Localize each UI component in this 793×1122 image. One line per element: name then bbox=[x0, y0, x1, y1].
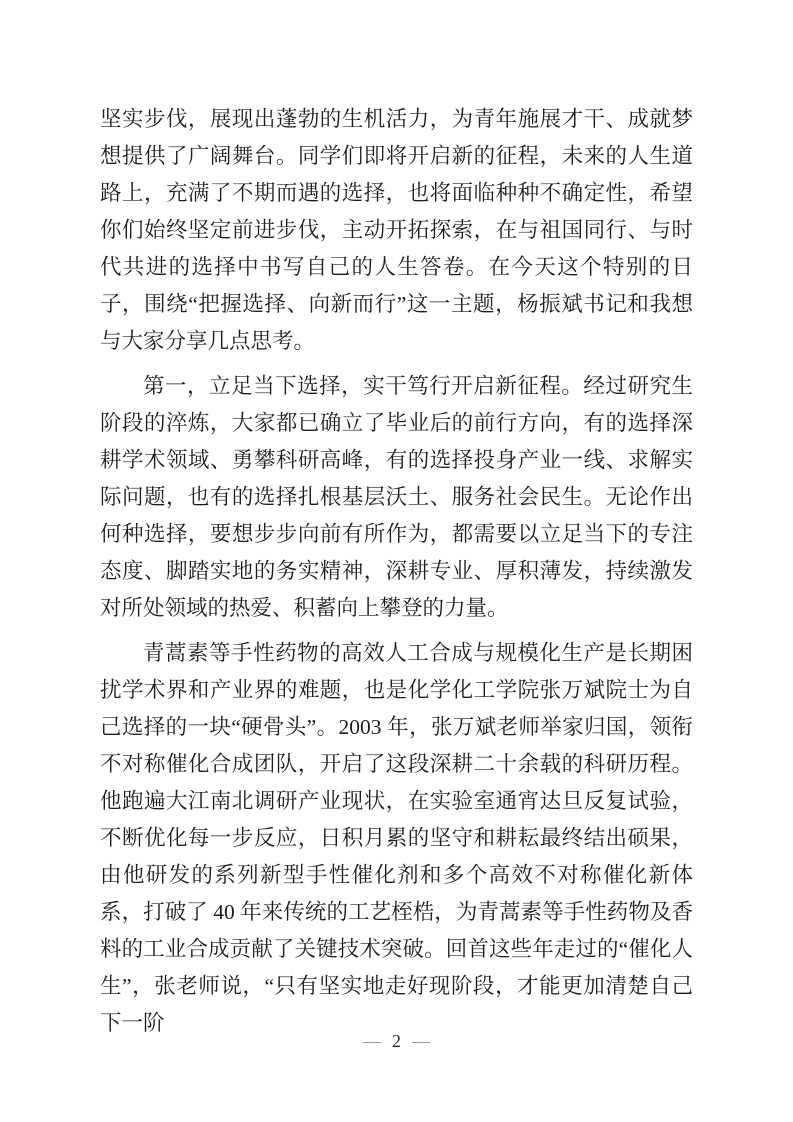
paragraph-continuation: 坚实步伐，展现出蓬勃的生机活力，为青年施展才干、成就梦想提供了广阔舞台。同学们即… bbox=[100, 101, 693, 360]
paragraph-example-story: 青蒿素等手性药物的高效人工合成与规模化生产是长期困扰学术界和产业界的难题，也是化… bbox=[100, 635, 693, 1042]
document-body: 坚实步伐，展现出蓬勃的生机活力，为青年施展才干、成就梦想提供了广阔舞台。同学们即… bbox=[100, 101, 693, 1050]
footer-dash-right: — bbox=[412, 1031, 430, 1051]
page-footer: —2— bbox=[0, 1029, 793, 1053]
footer-dash-left: — bbox=[363, 1031, 381, 1051]
document-page: 坚实步伐，展现出蓬勃的生机活力，为青年施展才干、成就梦想提供了广阔舞台。同学们即… bbox=[0, 0, 793, 1122]
paragraph-first-point: 第一，立足当下选择，实干笃行开启新征程。经过研究生阶段的淬炼，大家都已确立了毕业… bbox=[100, 368, 693, 627]
page-number: 2 bbox=[392, 1029, 401, 1053]
